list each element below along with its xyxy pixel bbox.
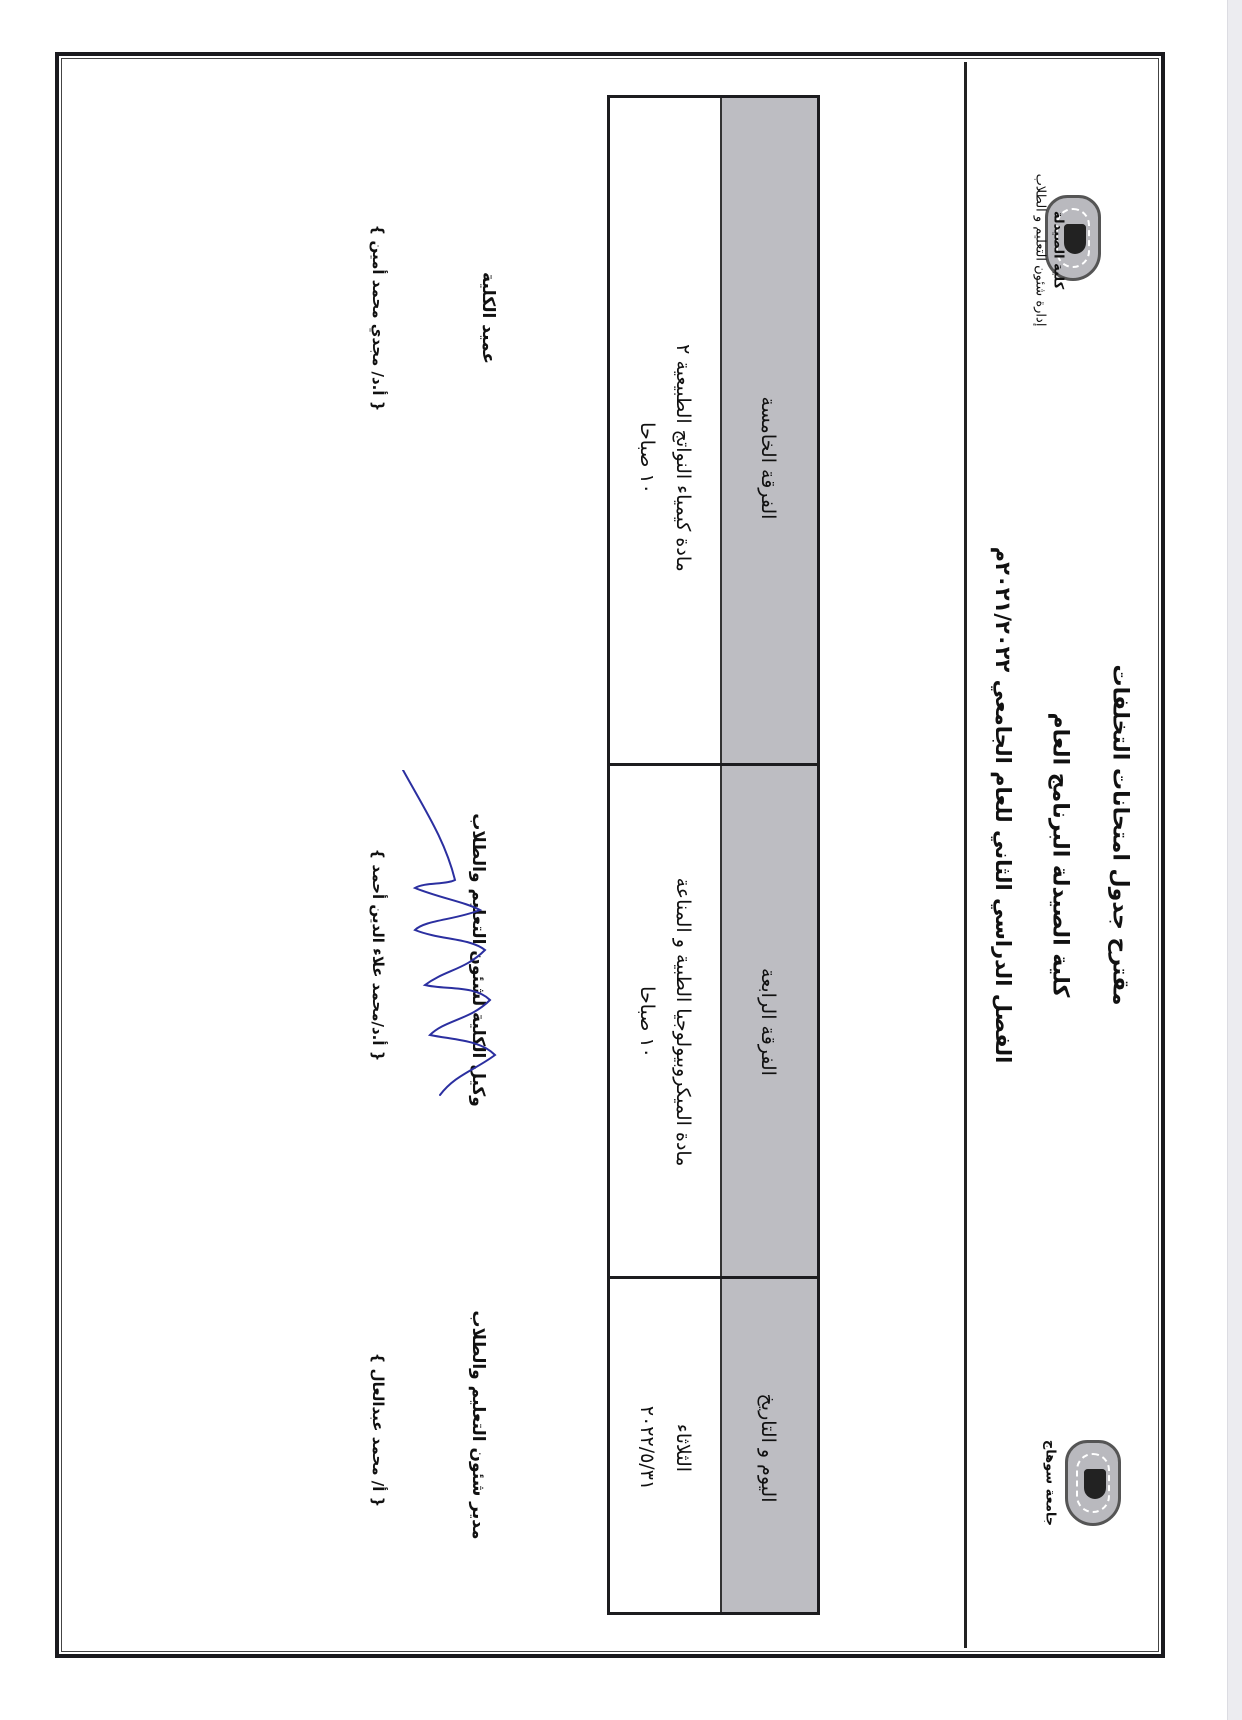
fifth-year-subject: مادة كيمياء النواتج الطبيعية ٢ [665, 344, 701, 572]
column-header-fifth-year: الفرقة الخامسة [750, 397, 786, 520]
column-header-fourth-year: الفرقة الرابعة [750, 968, 786, 1076]
exam-table: اليوم و التاريخ الفرقة الرابعة الفرقة ال… [607, 95, 820, 1615]
fourth-year-subject: مادة الميكروبيولوجيا الطبية و المناعة [665, 878, 701, 1167]
faculty-logo-label: كلية الصيدلة [1051, 211, 1066, 289]
fourth-year-time: ١٠ صباحا [629, 878, 665, 1167]
table-row-day-date: الثلاثاء ٢٠٢٢/٥/٣١ [629, 1406, 701, 1490]
signatory-name-director: { أ/ محمد عبدالعال } [369, 1353, 387, 1508]
faculty-program: كلية الصيدلة البرنامج العام [1048, 713, 1073, 998]
document-title: مقترح جدول امتحانات التخلفات [1108, 665, 1133, 1006]
fifth-year-time: ١٠ صباحا [629, 344, 665, 572]
header-divider [964, 62, 967, 1648]
row-divider [610, 1276, 817, 1279]
signatory-name-dean: { أ.د/ مجدي محمد أمين } [369, 225, 387, 412]
exam-date: ٢٠٢٢/٥/٣١ [629, 1406, 665, 1490]
faculty-department: إدارة شئون التعليم و الطلاب [1033, 174, 1048, 327]
signatory-role-director: مدير شئون التعليم والطلاب [468, 1310, 488, 1539]
handwritten-signature [385, 770, 515, 1130]
row-divider [610, 763, 817, 766]
page-edge [1227, 0, 1242, 1720]
university-logo-label: جامعة سوهاج [1043, 1440, 1058, 1526]
semester-title: الفصل الدراسي الثاني للعام الجامعي ٢٠٢١/… [991, 547, 1015, 1064]
column-header-day-date: اليوم و التاريخ [750, 1394, 786, 1503]
exam-day: الثلاثاء [665, 1406, 701, 1490]
table-header-column [720, 98, 817, 1612]
table-row-fifth-year: مادة كيمياء النواتج الطبيعية ٢ ١٠ صباحا [629, 344, 701, 572]
signatory-role-dean: عميد الكلية [478, 272, 498, 364]
table-row-fourth-year: مادة الميكروبيولوجيا الطبية و المناعة ١٠… [629, 878, 701, 1167]
university-logo-icon [1065, 1440, 1121, 1526]
